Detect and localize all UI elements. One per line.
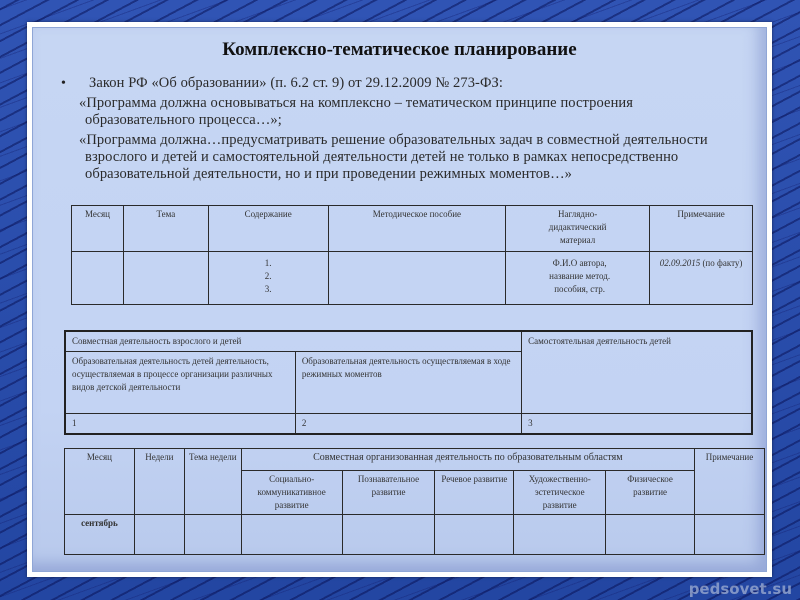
- cell-number-1: 1: [65, 414, 295, 435]
- cell-weeks: [134, 515, 184, 555]
- table-row: 1. 2. 3. Ф.И.О автора, название метод. п…: [72, 252, 753, 305]
- header-note: Примечание: [695, 449, 765, 515]
- slide-content: Комплексно-тематическое планирование • З…: [32, 27, 767, 572]
- cell-content: 1. 2. 3.: [208, 252, 328, 305]
- plan-table-3: Месяц Недели Тема недели Совместная орга…: [64, 448, 765, 555]
- cell-number-3: 3: [522, 414, 752, 435]
- slide-panel: Комплексно-тематическое планирование • З…: [27, 22, 772, 577]
- cell-week-theme: [184, 515, 241, 555]
- subheader-educational-activity: Образовательная деятельность детей деяте…: [65, 352, 295, 414]
- header-month: Месяц: [65, 449, 135, 515]
- header-theme: Тема: [123, 206, 208, 252]
- header-content: Содержание: [208, 206, 328, 252]
- quote2-line3: образовательной деятельности, но и при п…: [85, 166, 572, 183]
- note-date: 02.09.2015: [660, 258, 701, 268]
- area-speech: Речевое развитие: [435, 471, 514, 515]
- header-note: Примечание: [650, 206, 753, 252]
- cell-month: [72, 252, 124, 305]
- cell-note: [695, 515, 765, 555]
- header-month: Месяц: [72, 206, 124, 252]
- plan-table-2: Совместная деятельность взрослого и дете…: [64, 330, 753, 435]
- quote1-line2: образовательного процесса…»;: [85, 112, 282, 129]
- cell-cognitive: [342, 515, 435, 555]
- note-text: (по факту): [702, 258, 742, 268]
- header-independent-activity: Самостоятельная деятельность детей: [522, 331, 752, 414]
- quote1-line1: «Программа должна основываться на компле…: [79, 95, 633, 112]
- header-manual: Методическое пособие: [328, 206, 506, 252]
- cell-physical: [606, 515, 695, 555]
- content-item-1: 1.: [213, 257, 324, 270]
- quote2-line2: взрослого и детей и самостоятельной деят…: [85, 149, 678, 166]
- law-reference: Закон РФ «Об образовании» (п. 6.2 ст. 9)…: [89, 75, 503, 92]
- area-artistic: Художественно-эстетическое развитие: [514, 471, 606, 515]
- header-joint-activity: Совместная деятельность взрослого и дете…: [65, 331, 522, 352]
- area-cognitive: Познавательное развитие: [342, 471, 435, 515]
- bullet-icon: •: [61, 76, 66, 92]
- table-row: сентябрь: [65, 515, 765, 555]
- plan-table-1: Месяц Тема Содержание Методическое пособ…: [71, 205, 753, 305]
- quote2-line1: «Программа должна…предусматривать решени…: [79, 132, 708, 149]
- area-physical: Физическое развитие: [606, 471, 695, 515]
- slide-title: Комплексно-тематическое планирование: [33, 39, 766, 61]
- cell-number-2: 2: [295, 414, 521, 435]
- cell-artistic: [514, 515, 606, 555]
- subheader-routine-activity: Образовательная деятельность осуществляе…: [295, 352, 521, 414]
- content-item-3: 3.: [213, 283, 324, 296]
- table-header-row: Месяц Недели Тема недели Совместная орга…: [65, 449, 765, 471]
- header-weeks: Недели: [134, 449, 184, 515]
- header-week-theme: Тема недели: [184, 449, 241, 515]
- cell-manual: [328, 252, 506, 305]
- watermark: pedsovet.su: [689, 580, 792, 598]
- cell-theme: [123, 252, 208, 305]
- table-header-row: Совместная деятельность взрослого и дете…: [65, 331, 752, 352]
- table-header-row: Месяц Тема Содержание Методическое пособ…: [72, 206, 753, 252]
- content-item-2: 2.: [213, 270, 324, 283]
- cell-speech: [435, 515, 514, 555]
- cell-social: [241, 515, 342, 555]
- header-joint-activity: Совместная организованная деятельность п…: [241, 449, 694, 471]
- area-social: Социально-коммуникативное развитие: [241, 471, 342, 515]
- header-material: Наглядно-дидактический материал: [506, 206, 650, 252]
- cell-note: 02.09.2015 (по факту): [650, 252, 753, 305]
- table-row: 1 2 3: [65, 414, 752, 435]
- cell-material: Ф.И.О автора, название метод. пособия, с…: [506, 252, 650, 305]
- cell-month: сентябрь: [65, 515, 135, 555]
